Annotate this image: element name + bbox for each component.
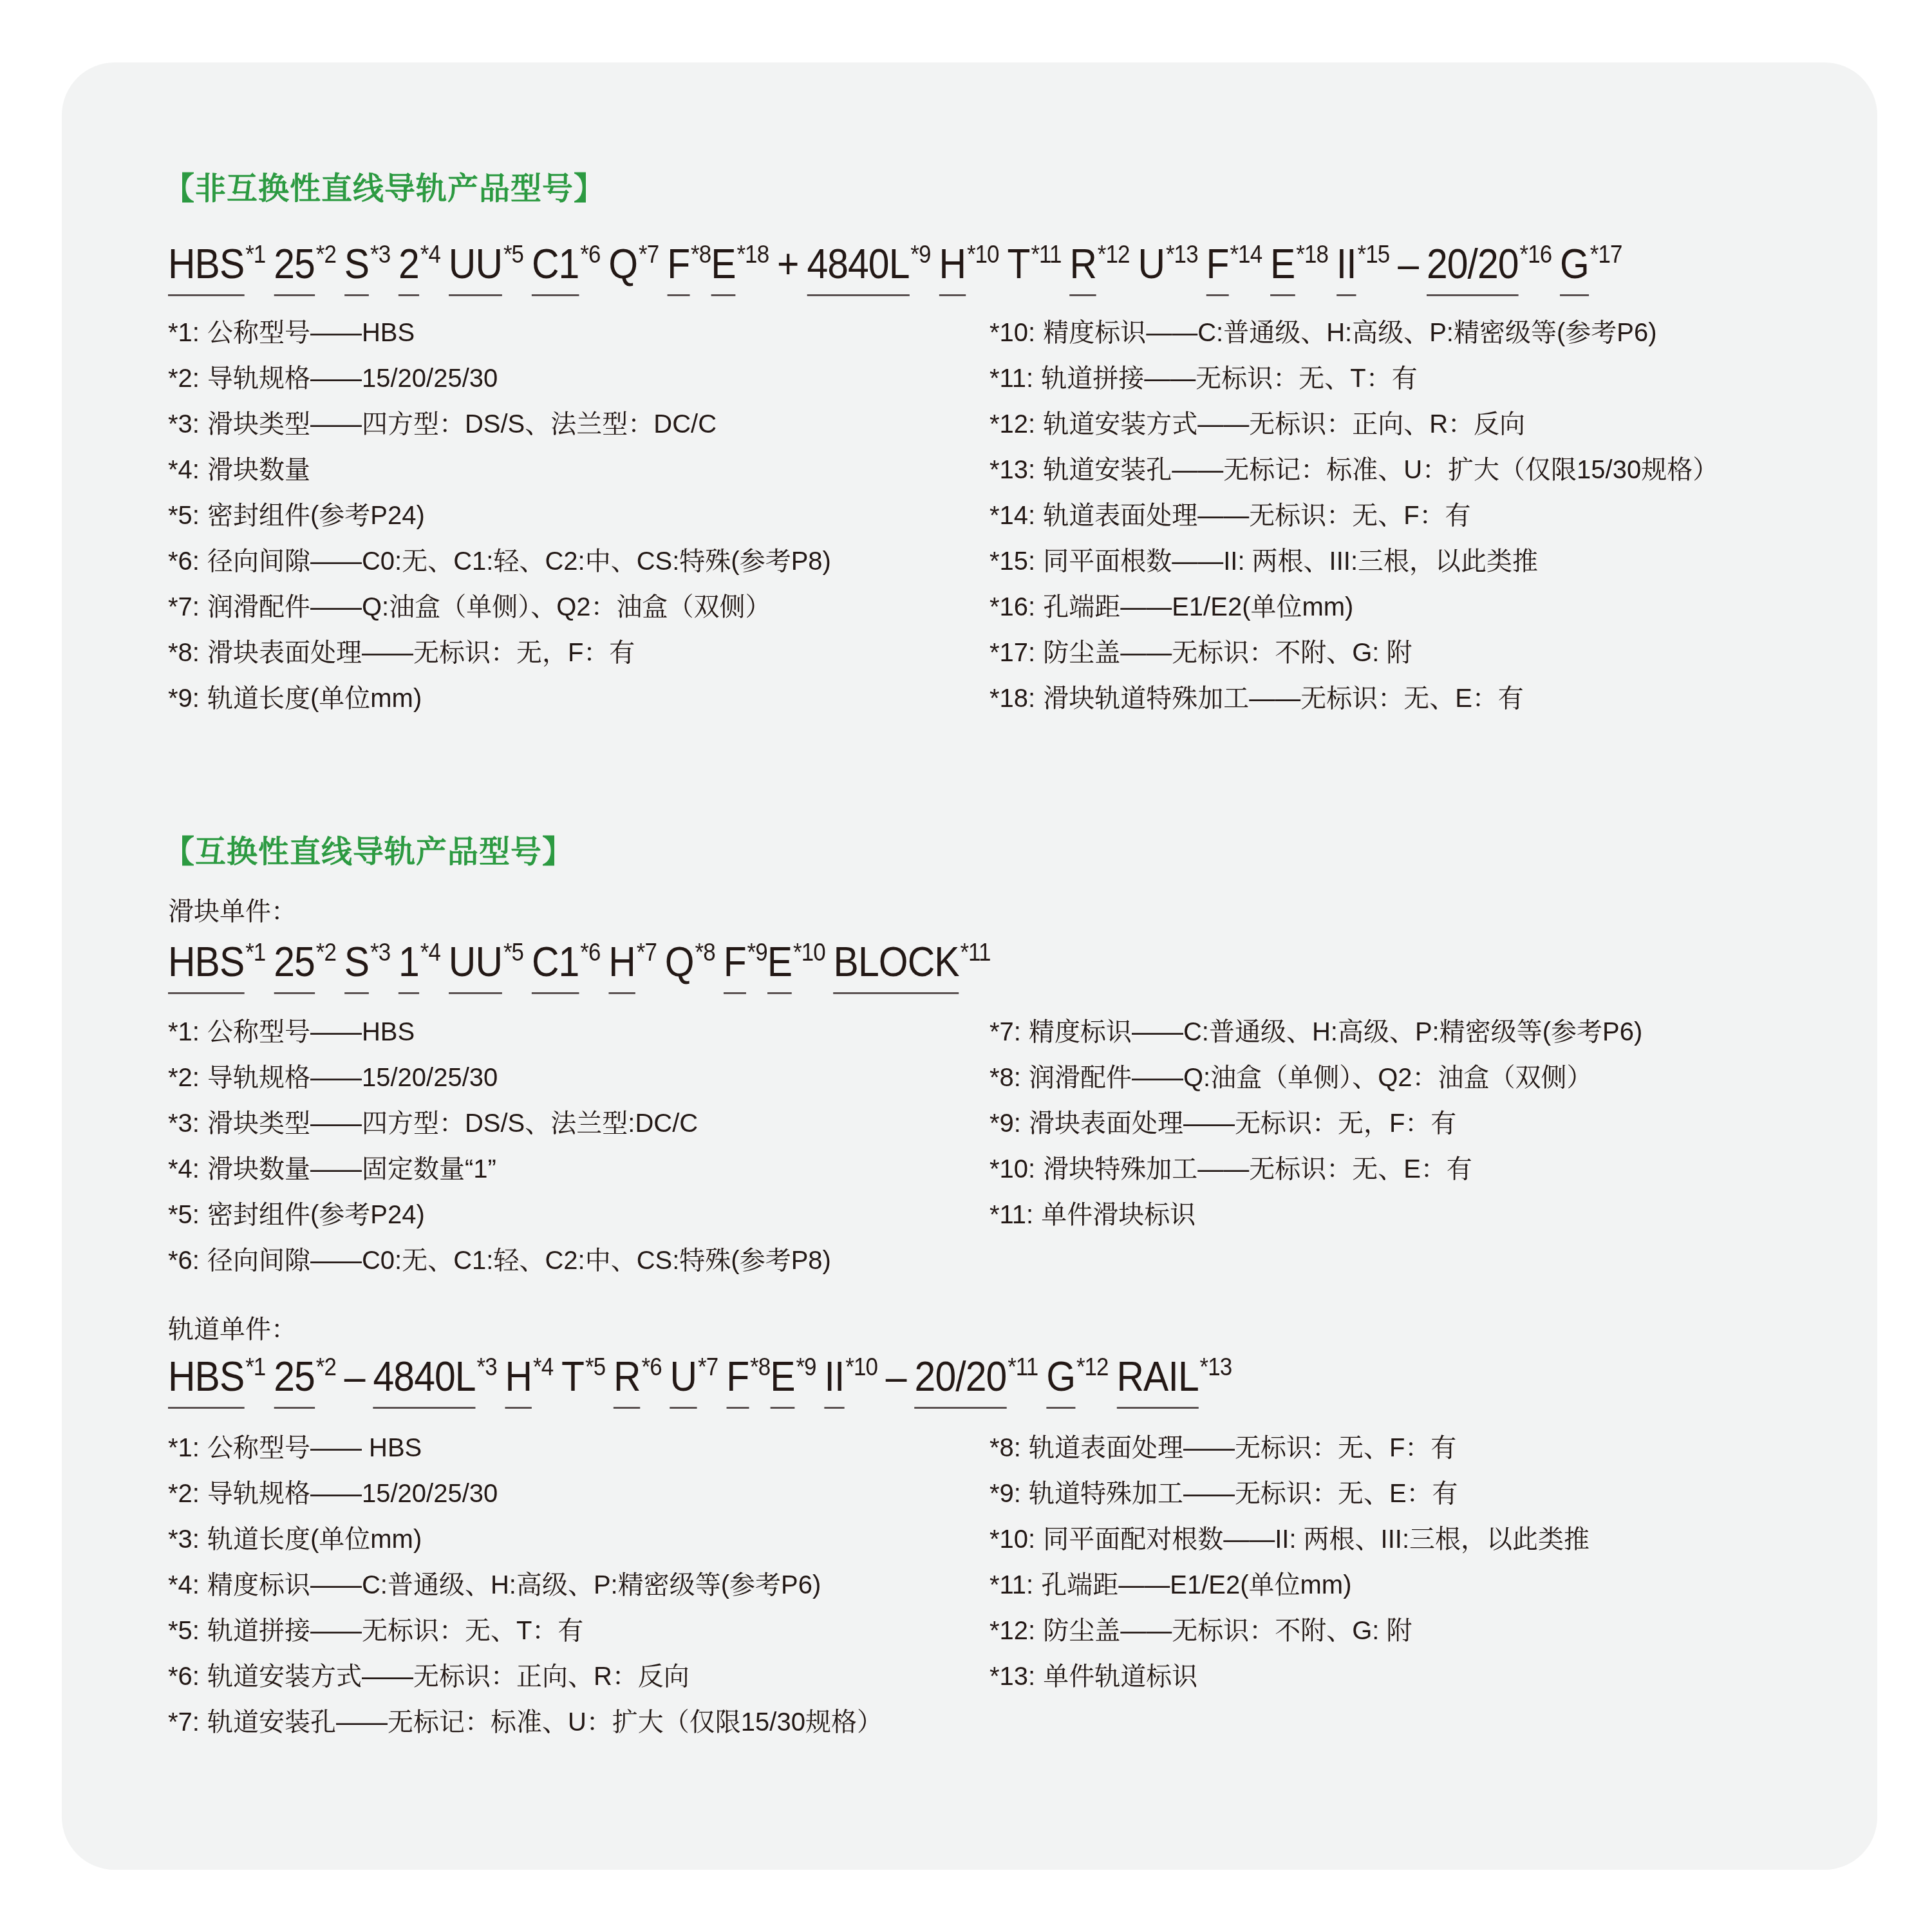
model-token: C1*6: [532, 238, 600, 296]
note-text: 孔端距——E1/E2(单位mm): [1043, 585, 1353, 630]
note-ref: *5:: [168, 1192, 200, 1238]
note-row: *5:轨道拼接——无标识：无、T：有: [168, 1608, 883, 1654]
note-row: *7:精度标识——C:普通级、H:高级、P:精密级等(参考P6): [989, 1010, 1642, 1055]
note-row: *2:导轨规格——15/20/25/30: [168, 1055, 831, 1101]
model-token: –: [344, 1351, 365, 1402]
note-ref: *18:: [989, 676, 1035, 722]
model-token: U*7: [670, 1351, 718, 1409]
note-row: *10:同平面配对根数——II: 两根、III:三根，以此类推: [989, 1517, 1590, 1563]
note-row: *1:公称型号—— HBS: [168, 1426, 883, 1471]
model-token-code: 4840L: [373, 1351, 476, 1402]
model-token-code: C1: [532, 936, 579, 988]
model-token-ref: *5: [503, 241, 523, 268]
model-token: 2*4: [399, 238, 440, 296]
note-text: 轨道特殊加工——无标识：无、E：有: [1029, 1471, 1458, 1517]
note-text: 径向间隙——C0:无、C1:轻、C2:中、CS:特殊(参考P8): [207, 1238, 831, 1284]
note-text: 防尘盖——无标识：不附、G: 附: [1043, 1608, 1412, 1654]
model-token-code: F: [1206, 238, 1229, 290]
model-token: T*11: [1008, 238, 1062, 296]
model-token-code: Q: [665, 936, 694, 988]
model-token-code: 25: [274, 1351, 315, 1402]
model-token: R*12: [1069, 238, 1129, 296]
note-text: 滑块表面处理——无标识：无，F：有: [1029, 1101, 1456, 1147]
rail-unit-label: 轨道单件：: [168, 1314, 297, 1345]
note-ref: *4:: [168, 447, 200, 493]
model-token-ref: *10: [793, 939, 825, 966]
model-token-ref: *18: [1296, 241, 1328, 268]
model-token-code: HBS: [168, 936, 244, 988]
model-token-code: 1: [399, 936, 419, 988]
model-token-code: E: [711, 238, 735, 290]
model-token-ref: *6: [580, 241, 600, 268]
note-text: 滑块轨道特殊加工——无标识：无、E：有: [1043, 676, 1524, 722]
note-row: *2:导轨规格——15/20/25/30: [168, 356, 831, 402]
note-row: *11:孔端距——E1/E2(单位mm): [989, 1563, 1590, 1608]
note-ref: *3:: [168, 1101, 200, 1147]
model-token-ref: *3: [370, 241, 390, 268]
note-row: *8:轨道表面处理——无标识：无、F：有: [989, 1426, 1590, 1471]
model-token-code: S: [344, 936, 369, 988]
model-token-code: H: [608, 936, 635, 988]
model-token: 4840L*3: [373, 1351, 497, 1409]
model-token-code: 25: [274, 238, 315, 290]
model-token: 1*4: [399, 936, 440, 994]
note-ref: *1:: [168, 1010, 200, 1055]
model-token: F*8: [667, 238, 711, 296]
model-token-code: H: [505, 1351, 532, 1402]
model-token: F*8: [726, 1351, 770, 1409]
note-row: *10:滑块特殊加工——无标识：无、E：有: [989, 1147, 1642, 1192]
model-token: E*18: [1270, 238, 1328, 296]
note-text: 导轨规格——15/20/25/30: [207, 1055, 498, 1101]
model-token: E*9: [770, 1351, 816, 1409]
note-text: 公称型号—— HBS: [207, 1426, 422, 1471]
model-token-code: T: [561, 1351, 584, 1402]
model-token-ref: *9: [910, 241, 930, 268]
note-row: *4:滑块数量——固定数量“1”: [168, 1147, 831, 1192]
model-token-ref: *2: [316, 1354, 336, 1381]
model-token-ref: *8: [750, 1354, 770, 1381]
note-ref: *10:: [989, 1147, 1035, 1192]
note-text: 滑块特殊加工——无标识：无、E：有: [1043, 1147, 1472, 1192]
note-row: *17:防尘盖——无标识：不附、G: 附: [989, 630, 1718, 676]
model-token-ref: *1: [245, 1354, 265, 1381]
note-ref: *12:: [989, 402, 1035, 447]
note-text: 同平面根数——II: 两根、III:三根，以此类推: [1043, 539, 1538, 585]
model-token: F*14: [1206, 238, 1262, 296]
model-token-ref: *3: [476, 1354, 496, 1381]
note-row: *9:滑块表面处理——无标识：无，F：有: [989, 1101, 1642, 1147]
model-token: UU*5: [449, 238, 523, 296]
note-text: 润滑配件——Q:油盒（单侧）、Q2：油盒（双侧）: [207, 585, 771, 630]
model-token-ref: *3: [370, 939, 390, 966]
model-token-code: BLOCK: [834, 936, 959, 988]
model-token: Q*7: [608, 238, 659, 296]
note-row: *7:轨道安装孔——无标记：标准、U：扩大（仅限15/30规格）: [168, 1700, 883, 1746]
model-token-ref: *7: [639, 241, 659, 268]
model-code-non-interchangeable: HBS*125*2S*32*4UU*5C1*6Q*7F*8E*18+4840L*…: [168, 238, 1630, 296]
model-token-code: HBS: [168, 1351, 244, 1402]
note-ref: *9:: [168, 676, 200, 722]
model-token-ref: *4: [533, 1354, 553, 1381]
model-token-ref: *1: [245, 939, 265, 966]
model-token: H*7: [608, 936, 657, 994]
model-token: 20/20*11: [915, 1351, 1038, 1409]
model-token: 25*2: [274, 1351, 336, 1409]
note-ref: *2:: [168, 1471, 200, 1517]
model-token-code: S: [344, 238, 369, 290]
note-text: 轨道安装孔——无标记：标准、U：扩大（仅限15/30规格）: [207, 1700, 883, 1746]
model-token: S*3: [344, 238, 390, 296]
model-token-ref: *17: [1590, 241, 1622, 268]
note-ref: *10:: [989, 310, 1035, 356]
notes-list-left: *1:公称型号——HBS*2:导轨规格——15/20/25/30*3:滑块类型—…: [168, 310, 831, 722]
model-token-ref: *4: [420, 939, 440, 966]
model-token-code: R: [614, 1351, 641, 1402]
model-token: T*5: [561, 1351, 605, 1409]
model-token-ref: *15: [1358, 241, 1390, 268]
note-row: *4:滑块数量: [168, 447, 831, 493]
model-token-code: T: [1008, 238, 1030, 290]
model-token: UU*5: [449, 936, 523, 994]
model-code-block: HBS*125*2S*31*4UU*5C1*6H*7Q*8F*9E*10BLOC…: [168, 936, 999, 994]
model-token: HBS*1: [168, 238, 265, 296]
model-token-code: –: [1398, 238, 1418, 290]
note-row: *12:轨道安装方式——无标识：正向、R：反向: [989, 402, 1718, 447]
model-token-code: E: [770, 1351, 794, 1402]
note-ref: *16:: [989, 585, 1035, 630]
note-ref: *4:: [168, 1147, 200, 1192]
model-token: S*3: [344, 936, 390, 994]
note-text: 径向间隙——C0:无、C1:轻、C2:中、CS:特殊(参考P8): [207, 539, 831, 585]
model-token-ref: *10: [845, 1354, 877, 1381]
model-token-ref: *5: [503, 939, 523, 966]
note-ref: *9:: [989, 1101, 1021, 1147]
model-token: Q*8: [665, 936, 715, 994]
note-text: 公称型号——HBS: [207, 1010, 415, 1055]
model-token-ref: *12: [1076, 1354, 1109, 1381]
note-text: 精度标识——C:普通级、H:高级、P:精密级等(参考P6): [207, 1563, 821, 1608]
note-row: *6:径向间隙——C0:无、C1:轻、C2:中、CS:特殊(参考P8): [168, 1238, 831, 1284]
note-ref: *17:: [989, 630, 1035, 676]
model-token: –: [1398, 238, 1418, 290]
note-row: *6:轨道安装方式——无标识：正向、R：反向: [168, 1654, 883, 1700]
note-ref: *6:: [168, 539, 200, 585]
note-text: 轨道长度(单位mm): [207, 1517, 422, 1563]
note-ref: *7:: [168, 585, 200, 630]
note-ref: *2:: [168, 356, 200, 402]
note-text: 导轨规格——15/20/25/30: [207, 356, 498, 402]
note-row: *3:轨道长度(单位mm): [168, 1517, 883, 1563]
model-token: BLOCK*11: [834, 936, 991, 994]
model-token-code: II: [825, 1351, 845, 1402]
note-row: *3:滑块类型——四方型：DS/S、法兰型:DC/C: [168, 1101, 831, 1147]
note-row: *13:轨道安装孔——无标记：标准、U：扩大（仅限15/30规格）: [989, 447, 1718, 493]
model-token-ref: *13: [1166, 241, 1198, 268]
note-text: 公称型号——HBS: [207, 310, 415, 356]
model-token: HBS*1: [168, 936, 265, 994]
model-token-code: HBS: [168, 238, 244, 290]
model-token-code: G: [1046, 1351, 1075, 1402]
model-token-ref: *8: [695, 939, 715, 966]
model-token-ref: *1: [245, 241, 265, 268]
model-token: G*17: [1560, 238, 1622, 296]
model-token: E*10: [767, 936, 825, 994]
model-token-code: C1: [532, 238, 579, 290]
model-token-ref: *2: [316, 939, 336, 966]
model-token-code: H: [939, 238, 966, 290]
note-row: *6:径向间隙——C0:无、C1:轻、C2:中、CS:特殊(参考P8): [168, 539, 831, 585]
note-ref: *3:: [168, 402, 200, 447]
section-title-non-interchangeable: 【非互换性直线导轨产品型号】: [164, 171, 605, 207]
note-row: *9:轨道特殊加工——无标识：无、E：有: [989, 1471, 1590, 1517]
model-token-code: 25: [274, 936, 315, 988]
note-ref: *9:: [989, 1471, 1021, 1517]
note-ref: *2:: [168, 1055, 200, 1101]
model-token: +: [777, 238, 798, 290]
model-token-code: +: [777, 238, 798, 290]
model-token: 20/20*16: [1427, 238, 1552, 296]
note-ref: *8:: [168, 630, 200, 676]
model-token-ref: *6: [642, 1354, 662, 1381]
model-token: U*13: [1138, 238, 1197, 296]
model-token-code: F: [667, 238, 689, 290]
note-row: *1:公称型号——HBS: [168, 310, 831, 356]
note-text: 精度标识——C:普通级、H:高级、P:精密级等(参考P6): [1043, 310, 1656, 356]
note-row: *4:精度标识——C:普通级、H:高级、P:精密级等(参考P6): [168, 1563, 883, 1608]
block-notes-right: *7:精度标识——C:普通级、H:高级、P:精密级等(参考P6)*8:润滑配件—…: [989, 1010, 1642, 1238]
note-ref: *5:: [168, 493, 200, 539]
model-token-code: F: [724, 936, 746, 988]
note-text: 轨道长度(单位mm): [207, 676, 422, 722]
note-ref: *14:: [989, 493, 1035, 539]
note-row: *8:滑块表面处理——无标识：无，F：有: [168, 630, 831, 676]
note-text: 轨道表面处理——无标识：无、F：有: [1043, 493, 1470, 539]
model-token: 25*2: [274, 936, 336, 994]
model-token-ref: *9: [747, 939, 767, 966]
note-ref: *5:: [168, 1608, 200, 1654]
model-token: II*15: [1336, 238, 1389, 296]
model-token-code: U: [670, 1351, 697, 1402]
note-ref: *4:: [168, 1563, 200, 1608]
note-ref: *6:: [168, 1238, 200, 1284]
note-text: 润滑配件——Q:油盒（单侧）、Q2：油盒（双侧）: [1029, 1055, 1593, 1101]
model-token-code: E: [767, 936, 792, 988]
note-row: *1:公称型号——HBS: [168, 1010, 831, 1055]
model-token-ref: *11: [1008, 1354, 1038, 1381]
model-token-ref: *11: [1031, 241, 1061, 268]
model-token-ref: *12: [1098, 241, 1130, 268]
model-token: 4840L*9: [807, 238, 930, 296]
note-text: 单件滑块标识: [1041, 1192, 1196, 1238]
note-row: *13:单件轨道标识: [989, 1654, 1590, 1700]
note-ref: *3:: [168, 1517, 200, 1563]
model-token-code: II: [1336, 238, 1356, 290]
note-text: 孔端距——E1/E2(单位mm): [1041, 1563, 1351, 1608]
notes-list-right: *10:精度标识——C:普通级、H:高级、P:精密级等(参考P6)*11:轨道拼…: [989, 310, 1718, 722]
note-text: 滑块类型——四方型：DS/S、法兰型：DC/C: [207, 402, 717, 447]
note-text: 轨道拼接——无标识：无、T：有: [207, 1608, 583, 1654]
note-text: 轨道安装方式——无标识：正向、R：反向: [1043, 402, 1525, 447]
note-text: 滑块数量——固定数量“1”: [207, 1147, 496, 1192]
model-token: –: [886, 1351, 906, 1402]
note-ref: *12:: [989, 1608, 1035, 1654]
model-token: E*18: [711, 238, 769, 296]
model-token-ref: *7: [698, 1354, 718, 1381]
note-ref: *11:: [989, 356, 1033, 402]
model-token-ref: *13: [1200, 1354, 1232, 1381]
note-text: 轨道安装方式——无标识：正向、R：反向: [207, 1654, 689, 1700]
note-row: *5:密封组件(参考P24): [168, 1192, 831, 1238]
model-token-code: E: [1270, 238, 1295, 290]
note-ref: *8:: [989, 1426, 1021, 1471]
model-token-code: 4840L: [807, 238, 909, 290]
model-token-code: UU: [449, 238, 502, 290]
model-token: C1*6: [532, 936, 600, 994]
block-unit-label: 滑块单件：: [168, 896, 297, 927]
model-token-ref: *11: [960, 939, 990, 966]
model-token-code: –: [344, 1351, 365, 1402]
note-text: 防尘盖——无标识：不附、G: 附: [1043, 630, 1412, 676]
model-token: HBS*1: [168, 1351, 265, 1409]
note-row: *7:润滑配件——Q:油盒（单侧）、Q2：油盒（双侧）: [168, 585, 831, 630]
model-token-ref: *7: [637, 939, 657, 966]
note-text: 轨道表面处理——无标识：无、F：有: [1029, 1426, 1456, 1471]
note-text: 滑块类型——四方型：DS/S、法兰型:DC/C: [207, 1101, 698, 1147]
rail-notes-right: *8:轨道表面处理——无标识：无、F：有*9:轨道特殊加工——无标识：无、E：有…: [989, 1426, 1590, 1700]
note-ref: *1:: [168, 1426, 200, 1471]
note-ref: *11:: [989, 1192, 1033, 1238]
note-text: 滑块数量: [207, 447, 310, 493]
note-row: *14:轨道表面处理——无标识：无、F：有: [989, 493, 1718, 539]
model-token-ref: *4: [420, 241, 440, 268]
note-text: 滑块表面处理——无标识：无，F：有: [207, 630, 635, 676]
model-token: G*12: [1046, 1351, 1108, 1409]
model-code-rail: HBS*125*2–4840L*3H*4T*5R*6U*7F*8E*9II*10…: [168, 1351, 1240, 1409]
model-token-code: Q: [608, 238, 637, 290]
note-text: 轨道拼接——无标识：无、T：有: [1041, 356, 1417, 402]
note-text: 密封组件(参考P24): [207, 493, 425, 539]
note-row: *3:滑块类型——四方型：DS/S、法兰型：DC/C: [168, 402, 831, 447]
model-token-ref: *14: [1230, 241, 1262, 268]
note-ref: *8:: [989, 1055, 1021, 1101]
note-row: *10:精度标识——C:普通级、H:高级、P:精密级等(参考P6): [989, 310, 1718, 356]
note-row: *5:密封组件(参考P24): [168, 493, 831, 539]
note-ref: *6:: [168, 1654, 200, 1700]
model-token-ref: *8: [691, 241, 711, 268]
model-token-code: 2: [399, 238, 419, 290]
note-ref: *10:: [989, 1517, 1035, 1563]
note-row: *9:轨道长度(单位mm): [168, 676, 831, 722]
model-token-code: F: [726, 1351, 749, 1402]
note-text: 密封组件(参考P24): [207, 1192, 425, 1238]
model-token: F*9: [724, 936, 767, 994]
note-ref: *13:: [989, 447, 1035, 493]
model-token-code: –: [886, 1351, 906, 1402]
model-token-code: UU: [449, 936, 502, 988]
note-text: 导轨规格——15/20/25/30: [207, 1471, 498, 1517]
model-token-ref: *5: [585, 1354, 605, 1381]
note-text: 精度标识——C:普通级、H:高级、P:精密级等(参考P6): [1029, 1010, 1642, 1055]
model-token-ref: *18: [736, 241, 769, 268]
rail-notes-left: *1:公称型号—— HBS*2:导轨规格——15/20/25/30*3:轨道长度…: [168, 1426, 883, 1746]
note-row: *18:滑块轨道特殊加工——无标识：无、E：有: [989, 676, 1718, 722]
block-notes-left: *1:公称型号——HBS*2:导轨规格——15/20/25/30*3:滑块类型—…: [168, 1010, 831, 1284]
note-row: *12:防尘盖——无标识：不附、G: 附: [989, 1608, 1590, 1654]
model-token-ref: *6: [580, 939, 600, 966]
model-token-code: RAIL: [1117, 1351, 1199, 1402]
model-token: 25*2: [274, 238, 336, 296]
model-token-ref: *10: [967, 241, 999, 268]
model-token-ref: *16: [1519, 241, 1552, 268]
note-ref: *1:: [168, 310, 200, 356]
note-row: *2:导轨规格——15/20/25/30: [168, 1471, 883, 1517]
note-text: 同平面配对根数——II: 两根、III:三根，以此类推: [1043, 1517, 1590, 1563]
model-token-ref: *9: [796, 1354, 816, 1381]
note-ref: *13:: [989, 1654, 1035, 1700]
note-ref: *7:: [168, 1700, 200, 1746]
model-token-ref: *2: [316, 241, 336, 268]
model-token-code: U: [1138, 238, 1165, 290]
note-row: *16:孔端距——E1/E2(单位mm): [989, 585, 1718, 630]
model-token-code: 20/20: [915, 1351, 1007, 1402]
note-ref: *11:: [989, 1563, 1033, 1608]
model-token: H*4: [505, 1351, 554, 1409]
model-token: R*6: [614, 1351, 662, 1409]
model-token-code: 20/20: [1427, 238, 1519, 290]
model-token: RAIL*13: [1117, 1351, 1232, 1409]
model-token-code: R: [1069, 238, 1096, 290]
note-row: *11:单件滑块标识: [989, 1192, 1642, 1238]
note-ref: *15:: [989, 539, 1035, 585]
note-row: *8:润滑配件——Q:油盒（单侧）、Q2：油盒（双侧）: [989, 1055, 1642, 1101]
model-token-code: G: [1560, 238, 1589, 290]
note-ref: *7:: [989, 1010, 1021, 1055]
section-title-interchangeable: 【互换性直线导轨产品型号】: [164, 834, 574, 871]
model-token: II*10: [825, 1351, 877, 1409]
model-token: H*10: [939, 238, 999, 296]
note-text: 轨道安装孔——无标记：标准、U：扩大（仅限15/30规格）: [1043, 447, 1718, 493]
note-row: *11:轨道拼接——无标识：无、T：有: [989, 356, 1718, 402]
note-text: 单件轨道标识: [1043, 1654, 1197, 1700]
note-row: *15:同平面根数——II: 两根、III:三根，以此类推: [989, 539, 1718, 585]
